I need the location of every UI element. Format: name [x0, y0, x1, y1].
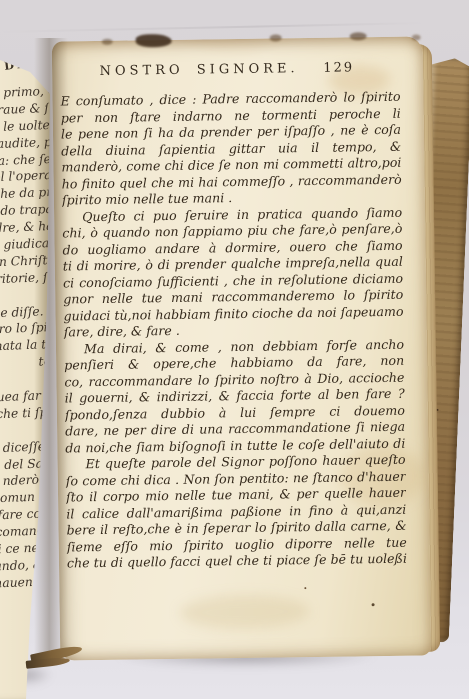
ink-speck [372, 603, 375, 606]
foxing-stain [179, 594, 309, 630]
ink-speck [304, 587, 306, 589]
burn-spot [102, 39, 113, 45]
page-text: E conſumato , dice : Padre raccomanderò … [60, 89, 407, 572]
running-header: NOSTRO SIGNORE. [99, 61, 298, 79]
text-line: che tu di quello facci quel che ti piace… [67, 551, 407, 572]
binding-tie [23, 643, 85, 679]
page-number: 129 [323, 60, 354, 75]
text-block: NOSTRO SIGNORE. 129 E conſumato , dice :… [60, 60, 407, 572]
burn-spot [270, 34, 282, 41]
burn-spot [136, 34, 172, 48]
burn-spot [350, 32, 367, 40]
book-photo: DEL o Ioannis primo, eſiſſero graue & ſd… [0, 0, 469, 699]
right-page: NOSTRO SIGNORE. 129 E conſumato , dice :… [52, 36, 432, 660]
running-header-row: NOSTRO SIGNORE. 129 [60, 60, 400, 94]
